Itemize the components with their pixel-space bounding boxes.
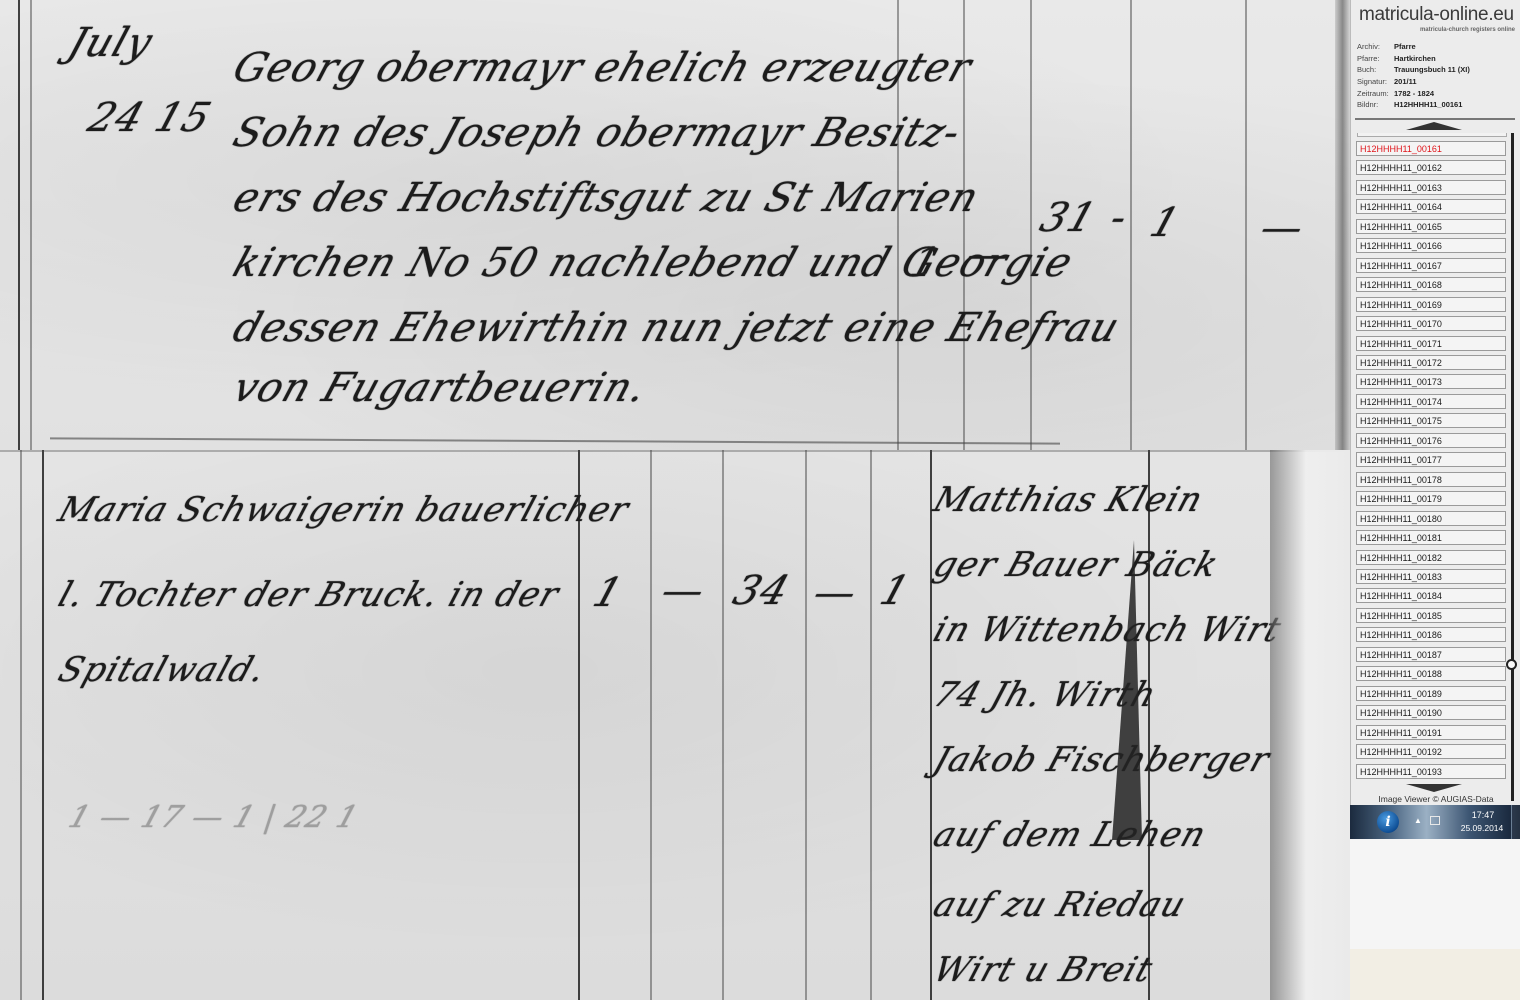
image-list-item[interactable]: H12HHHH11_00176: [1356, 433, 1506, 448]
entry-text-line: Sohn des Joseph obermayr Besitz-: [228, 110, 967, 156]
image-list-item[interactable]: H12HHHH11_00166: [1356, 238, 1506, 253]
manuscript-top-scan: July 24 15 Georg obermayr ehelich erzeug…: [0, 0, 1350, 450]
show-hidden-icons-chevron-icon[interactable]: ▲: [1414, 816, 1422, 825]
meta-signatur: Signatur: 201/11: [1357, 77, 1470, 89]
meta-archiv: Archiv: Pfarre: [1357, 42, 1470, 54]
meta-pfarre: Pfarre: Hartkirchen: [1357, 54, 1470, 66]
list-top-edge: [1357, 133, 1507, 137]
image-list-item[interactable]: H12HHHH11_00186: [1356, 627, 1506, 642]
page-edge-shadow: [1335, 0, 1350, 450]
image-list-item[interactable]: H12HHHH11_00161: [1356, 141, 1506, 156]
blank-area: [1350, 949, 1520, 1000]
column-value: 1: [588, 570, 629, 616]
column-value: —: [656, 568, 712, 614]
network-tray-icon[interactable]: [1430, 816, 1440, 825]
scroll-down-arrow-icon[interactable]: [1406, 784, 1462, 792]
image-list-item[interactable]: H12HHHH11_00184: [1356, 588, 1506, 603]
bleed-through-text: 1 — 17 — 1 | 22 1: [64, 800, 363, 835]
info-tray-icon[interactable]: i: [1377, 811, 1399, 833]
image-list: H12HHHH11_00161H12HHHH11_00162H12HHHH11_…: [1356, 141, 1506, 783]
image-navigator-panel: matricula-online.eu matricula-church reg…: [1350, 0, 1520, 805]
image-list-item[interactable]: H12HHHH11_00190: [1356, 705, 1506, 720]
witness-text-line: in Wittenbach Wirt: [929, 610, 1287, 650]
witness-text-line: auf zu Riedau: [929, 885, 1192, 925]
image-list-item[interactable]: H12HHHH11_00168: [1356, 277, 1506, 292]
blank-area: [1350, 839, 1520, 949]
site-tagline: matricula-church registers online: [1420, 27, 1515, 33]
list-scrollbar[interactable]: [1511, 133, 1514, 801]
column-line: [805, 450, 807, 1000]
column-line: [1245, 0, 1247, 450]
entry-text-line: ers des Hochstiftsgut zu St Marien: [228, 175, 985, 221]
image-list-item[interactable]: H12HHHH11_00171: [1356, 336, 1506, 351]
image-list-item[interactable]: H12HHHH11_00162: [1356, 160, 1506, 175]
image-list-item[interactable]: H12HHHH11_00178: [1356, 472, 1506, 487]
image-list-item[interactable]: H12HHHH11_00173: [1356, 374, 1506, 389]
image-list-item[interactable]: H12HHHH11_00177: [1356, 452, 1506, 467]
image-list-item[interactable]: H12HHHH11_00189: [1356, 686, 1506, 701]
witness-text-line: Jakob Fischberger: [929, 740, 1276, 780]
entry-day-numbers: 24 15: [83, 95, 217, 141]
column-line: [870, 450, 872, 1000]
page-border-line: [20, 450, 22, 1000]
witness-text-line: auf dem Lehen: [929, 815, 1212, 855]
image-list-item[interactable]: H12HHHH11_00185: [1356, 608, 1506, 623]
entry-text-line: von Fugartbeuerin.: [228, 365, 653, 411]
clock-time[interactable]: 17:47: [1458, 810, 1508, 820]
image-list-item[interactable]: H12HHHH11_00192: [1356, 744, 1506, 759]
entry-month: July: [63, 20, 159, 66]
manuscript-image-viewer[interactable]: July 24 15 Georg obermayr ehelich erzeug…: [0, 0, 1350, 1000]
image-list-item[interactable]: H12HHHH11_00182: [1356, 550, 1506, 565]
image-list-item[interactable]: H12HHHH11_00174: [1356, 394, 1506, 409]
windows-taskbar: i ▲ 17:47 25.09.2014: [1350, 805, 1520, 839]
image-list-item[interactable]: H12HHHH11_00180: [1356, 511, 1506, 526]
entry-text-line: Maria Schwaigerin bauerlicher: [54, 490, 635, 530]
column-value: 31: [1035, 195, 1103, 241]
image-list-item[interactable]: H12HHHH11_00175: [1356, 413, 1506, 428]
image-list-item[interactable]: H12HHHH11_00187: [1356, 647, 1506, 662]
list-scrollbar-thumb[interactable]: [1506, 659, 1517, 670]
entry-text-line: kirchen No 50 nachlebend und Georgie: [228, 240, 1079, 286]
image-list-item[interactable]: H12HHHH11_00183: [1356, 569, 1506, 584]
image-list-item[interactable]: H12HHHH11_00181: [1356, 530, 1506, 545]
image-list-item[interactable]: H12HHHH11_00163: [1356, 180, 1506, 195]
scan-seam-line: [0, 450, 1350, 452]
entry-text-line: l. Tochter der Bruck. in der: [54, 575, 565, 615]
page-border-line: [42, 450, 44, 1000]
entry-divider-line: [50, 437, 1060, 444]
show-desktop-button[interactable]: [1511, 805, 1520, 839]
scroll-up-arrow-icon[interactable]: [1406, 122, 1462, 130]
column-line: [1030, 0, 1032, 450]
column-line: [722, 450, 724, 1000]
column-line: [650, 450, 652, 1000]
meta-buch: Buch: Trauungsbuch 11 (XI): [1357, 65, 1470, 77]
image-list-item[interactable]: H12HHHH11_00191: [1356, 725, 1506, 740]
page-fold-shadow: [1270, 450, 1350, 1000]
column-value: —: [1255, 205, 1311, 251]
page-border-line: [30, 0, 32, 450]
column-value: —: [808, 570, 864, 616]
witness-text-line: Matthias Klein: [929, 480, 1209, 520]
image-list-item[interactable]: H12HHHH11_00164: [1356, 199, 1506, 214]
image-list-item[interactable]: H12HHHH11_00165: [1356, 219, 1506, 234]
column-value: 34: [728, 568, 796, 614]
image-list-item[interactable]: H12HHHH11_00170: [1356, 316, 1506, 331]
meta-bildnr: Bildnr: H12HHHH11_00161: [1357, 100, 1470, 112]
image-list-item[interactable]: H12HHHH11_00188: [1356, 666, 1506, 681]
witness-text-line: Wirt u Breit: [929, 950, 1159, 990]
site-logo[interactable]: matricula-online.eu: [1359, 4, 1514, 26]
image-list-item[interactable]: H12HHHH11_00172: [1356, 355, 1506, 370]
manuscript-bottom-scan: Maria Schwaigerin bauerlicher l. Tochter…: [0, 450, 1350, 1000]
image-list-item[interactable]: H12HHHH11_00179: [1356, 491, 1506, 506]
column-line: [578, 450, 580, 1000]
column-line: [1130, 0, 1132, 450]
viewer-credit: Image Viewer © AUGIAS-Data: [1351, 794, 1520, 804]
witness-text-line: ger Bauer Bäck: [929, 545, 1224, 585]
image-list-item[interactable]: H12HHHH11_00169: [1356, 297, 1506, 312]
clock-date[interactable]: 25.09.2014: [1454, 823, 1510, 833]
page-border-line: [18, 0, 20, 450]
ink-blot-shadow: [1112, 540, 1142, 840]
entry-text-line: Spitalwald.: [54, 650, 272, 690]
entry-text-line: Georg obermayr ehelich erzeugter: [228, 45, 978, 91]
meta-zeitraum: Zeitraum: 1782 - 1824: [1357, 89, 1470, 101]
register-metadata: Archiv: Pfarre Pfarre: Hartkirchen Buch:…: [1357, 42, 1470, 112]
panel-divider: [1355, 118, 1515, 120]
image-list-item[interactable]: H12HHHH11_00193: [1356, 764, 1506, 779]
image-list-item[interactable]: H12HHHH11_00167: [1356, 258, 1506, 273]
column-value: 1: [1145, 200, 1186, 246]
entry-text-line: dessen Ehewirthin nun jetzt eine Ehefrau: [228, 305, 1126, 351]
column-value: 1: [875, 568, 916, 614]
